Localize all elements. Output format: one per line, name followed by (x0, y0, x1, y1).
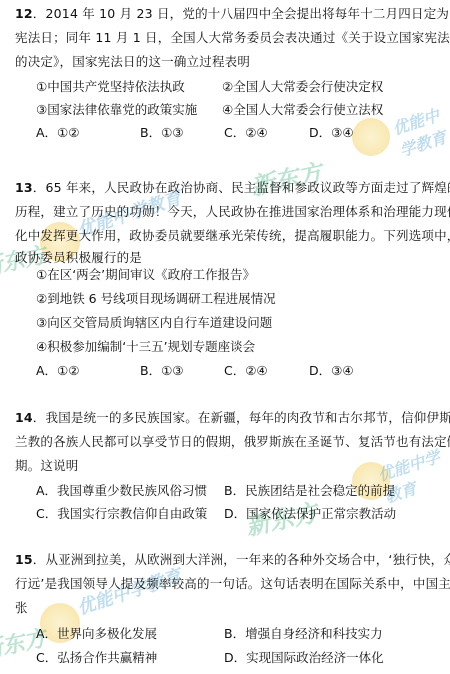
statement-2: ②到地铁 6 号线项目现场调研工程进展情况 (36, 291, 276, 307)
question-text: ．我国是统一的多民族国家。在新疆，每年的肉孜节和古尔邦节，信仰伊斯 (33, 410, 450, 425)
statement-3: ③国家法律依靠党的政策实施 (36, 102, 197, 118)
question-number: 14 (15, 410, 33, 425)
choice-a[interactable]: A．①② (36, 125, 79, 141)
choice-a[interactable]: A．我国尊重少数民族风俗习惯 (36, 483, 207, 499)
question-text: 的决定》，国家宪法日的这一确立过程表明 (15, 54, 250, 70)
statement-4: ④积极参加编制‘十三五’规划专题座谈会 (36, 339, 255, 355)
statement-2: ②全国人大常委会行使决定权 (222, 79, 383, 95)
choice-a[interactable]: A．世界向多极化发展 (36, 626, 157, 642)
question-text: ．65 年来，人民政协在政治协商、民主监督和参政议政等方面走过了辉煌的 (33, 180, 450, 195)
choice-b[interactable]: B．①③ (140, 125, 184, 141)
question-text: 期。这说明 (15, 458, 79, 474)
question-text: 政协委员积极履行的是 (15, 250, 142, 266)
question-number: 15 (15, 552, 33, 567)
choice-a[interactable]: A．①② (36, 363, 79, 379)
question-text: 化中发挥更大作用，政协委员就要继承光荣传统，提高履职能力。下列选项中， (15, 228, 450, 244)
statement-1: ①中国共产党坚持依法执政 (36, 79, 185, 95)
question-number: 12 (15, 6, 33, 21)
question-text: ．2014 年 10 月 23 日，党的十八届四中全会提出将每年十二月四日定为国… (33, 6, 450, 21)
choice-d[interactable]: D．国家依法保护正常宗教活动 (224, 506, 396, 522)
choice-c[interactable]: C．弘扬合作共赢精神 (36, 650, 157, 666)
choice-d[interactable]: D．③④ (309, 363, 354, 379)
choice-c[interactable]: C．我国实行宗教信仰自由政策 (36, 506, 207, 522)
choice-b[interactable]: B．民族团结是社会稳定的前提 (224, 483, 395, 499)
question-text: 张 (15, 600, 28, 616)
question-text: 历程，建立了历史的功勋！今天，人民政协在推进国家治理体系和治理能力现代 (15, 204, 450, 220)
question-text: 宪法日；同年 11 月 1 日，全国人大常务委员会表决通过《关于设立国家宪法日 (15, 30, 450, 46)
statement-3: ③向区交管局质询辖区内自行车道建设问题 (36, 315, 272, 331)
question-number: 13 (15, 180, 33, 195)
statement-1: ①在区‘两会’期间审议《政府工作报告》 (36, 267, 255, 283)
choice-d[interactable]: D．实现国际政治经济一体化 (224, 650, 384, 666)
choice-c[interactable]: C．②④ (224, 363, 268, 379)
choice-b[interactable]: B．增强自身经济和科技实力 (224, 626, 383, 642)
statement-4: ④全国人大常委会行使立法权 (222, 102, 383, 118)
question-text: 行远’是我国领导人提及频率较高的一句话。这句话表明在国际关系中，中国主 (15, 576, 450, 592)
choice-d[interactable]: D．③④ (309, 125, 354, 141)
watermark-logo-circle (352, 118, 390, 156)
watermark-text: 优能中学教育 (389, 101, 450, 162)
question-text: 兰教的各族人民都可以享受节日的假期，俄罗斯族在圣诞节、复活节也有法定假 (15, 434, 450, 450)
question-text: ．从亚洲到拉美，从欧洲到大洋洲，一年来的各种外交场合中，‘独行快，众 (33, 552, 450, 567)
choice-c[interactable]: C．②④ (224, 125, 268, 141)
choice-b[interactable]: B．①③ (140, 363, 184, 379)
